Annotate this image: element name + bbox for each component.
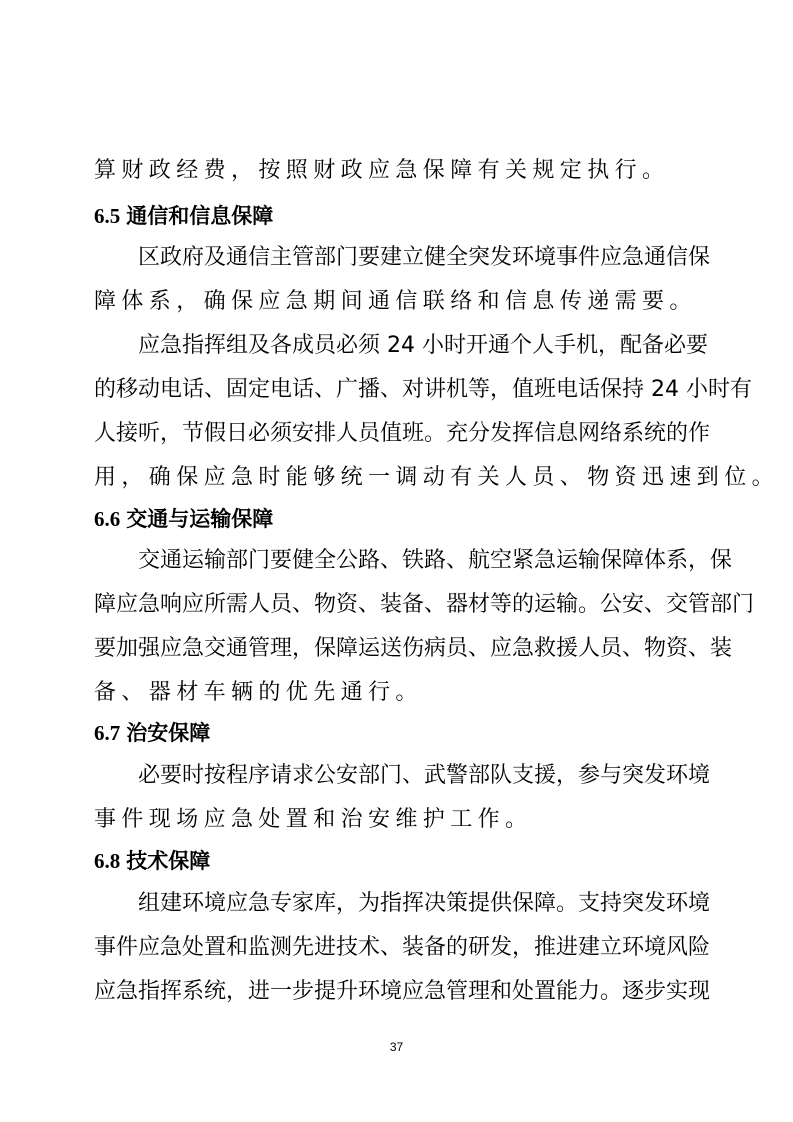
paragraph-line: 障应急响应所需人员、物资、装备、器材等的运输。公安、交管部门 xyxy=(94,590,700,620)
section-number: 6.6 xyxy=(94,507,120,531)
section-title: 通信和信息保障 xyxy=(126,204,273,228)
paragraph-line: 交通运输部门要健全公路、铁路、航空紧急运输保障体系，保 xyxy=(94,546,700,576)
paragraph-line: 应急指挥系统，进一步提升环境应急管理和处置能力。逐步实现 xyxy=(94,977,700,1007)
section-heading-6-7: 6.7治安保障 xyxy=(94,718,210,748)
section-number: 6.5 xyxy=(94,204,120,228)
section-number: 6.7 xyxy=(94,721,120,745)
paragraph-line: 人接听，节假日必须安排人员值班。充分发挥信息网络系统的作 xyxy=(94,419,700,449)
section-title: 交通与运输保障 xyxy=(126,507,273,531)
paragraph-line: 事件应急处置和监测先进技术、装备的研发，推进建立环境风险 xyxy=(94,933,700,963)
continuation-text: 算财政经费，按照财政应急保障有关规定执行。 xyxy=(94,156,700,186)
paragraph-line: 用，确保应急时能够统一调动有关人员、物资迅速到位。 xyxy=(94,463,700,493)
section-heading-6-5: 6.5通信和信息保障 xyxy=(94,201,273,231)
section-title: 治安保障 xyxy=(126,721,210,745)
paragraph-line: 必要时按程序请求公安部门、武警部队支援，参与突发环境 xyxy=(94,761,700,791)
paragraph-line: 障体系，确保应急期间通信联络和信息传递需要。 xyxy=(94,287,700,317)
section-title: 技术保障 xyxy=(126,849,210,873)
paragraph-line: 事件现场应急处置和治安维护工作。 xyxy=(94,805,700,835)
paragraph-line: 的移动电话、固定电话、广播、对讲机等，值班电话保持 24 小时有 xyxy=(94,375,700,405)
paragraph-line: 应急指挥组及各成员必须 24 小时开通个人手机，配备必要 xyxy=(94,331,700,361)
paragraph-line: 组建环境应急专家库，为指挥决策提供保障。支持突发环境 xyxy=(94,889,700,919)
page-number: 37 xyxy=(0,1040,793,1054)
paragraph-line: 区政府及通信主管部门要建立健全突发环境事件应急通信保 xyxy=(94,243,700,273)
paragraph-line: 要加强应急交通管理，保障运送伤病员、应急救援人员、物资、装 xyxy=(94,634,700,664)
section-heading-6-6: 6.6交通与运输保障 xyxy=(94,504,273,534)
section-heading-6-8: 6.8技术保障 xyxy=(94,846,210,876)
section-number: 6.8 xyxy=(94,849,120,873)
paragraph-line: 备、器材车辆的优先通行。 xyxy=(94,678,700,708)
